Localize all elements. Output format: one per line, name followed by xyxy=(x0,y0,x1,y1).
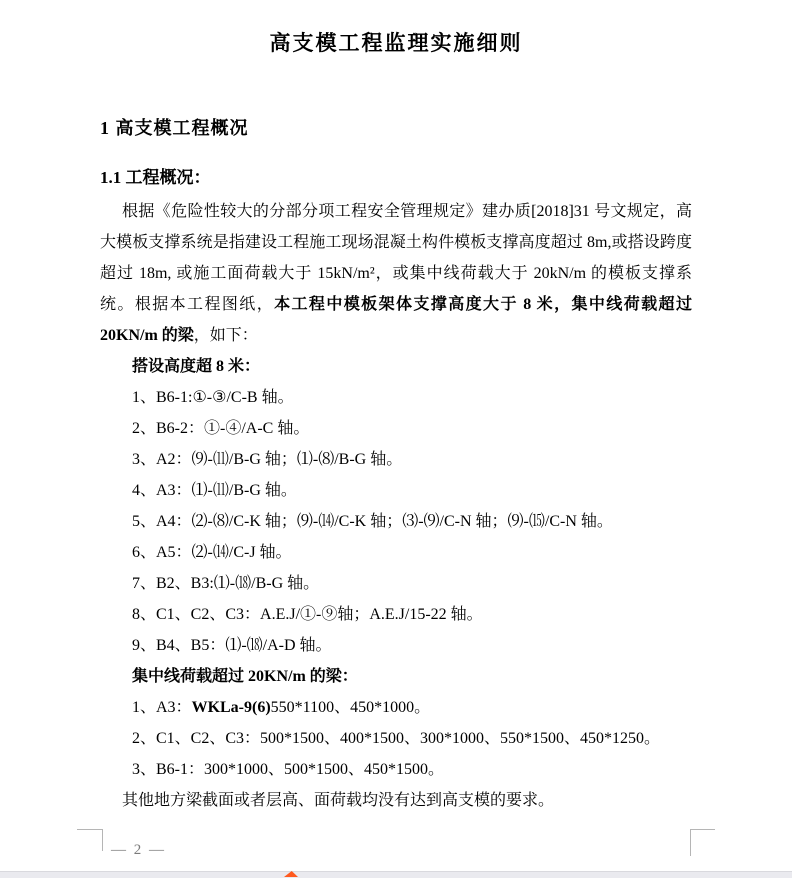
height-section: 搭设高度超 8 米： 1、B6-1:①-③/C-B 轴。 2、B6-2：①-④/… xyxy=(132,351,692,785)
document-title: 高支模工程监理实施细则 xyxy=(100,30,692,56)
window-bottom-edge xyxy=(0,871,792,878)
document-page: 高支模工程监理实施细则 1 高支模工程概况 1.1 工程概况： 根据《危险性较大… xyxy=(100,0,692,816)
list-item: 3、B6-1：300*1000、500*1500、450*1500。 xyxy=(132,754,692,785)
page-number: — 2 — xyxy=(111,842,166,859)
intro-text-end: ，如下： xyxy=(194,327,258,344)
list-item: 4、A3：⑴-⑾/B-G 轴。 xyxy=(132,475,692,506)
margin-crop-mark-left xyxy=(77,829,103,851)
list-item: 3、A2：⑼-⑾/B-G 轴；⑴-⑻/B-G 轴。 xyxy=(132,444,692,475)
section-heading: 1.1 工程概况： xyxy=(100,167,692,189)
list-item: 6、A5：⑵-⒁/C-J 轴。 xyxy=(132,537,692,568)
list-item: 5、A4：⑵-⑻/C-K 轴；⑼-⒁/C-K 轴；⑶-⑼/C-N 轴；⑼-⒂/C… xyxy=(132,506,692,537)
list-item: 2、B6-2：①-④/A-C 轴。 xyxy=(132,413,692,444)
list-item: 1、B6-1:①-③/C-B 轴。 xyxy=(132,382,692,413)
intro-paragraph: 根据《危险性较大的分部分项工程安全管理规定》建办质[2018]31 号文规定，高… xyxy=(100,196,692,351)
margin-crop-mark-right xyxy=(690,829,715,856)
list-item: 2、C1、C2、C3：500*1500、400*1500、300*1000、55… xyxy=(132,723,692,754)
closing-paragraph: 其他地方梁截面或者层高、面荷载均没有达到高支模的要求。 xyxy=(100,785,692,816)
chapter-heading: 1 高支模工程概况 xyxy=(100,116,692,140)
load-item1-bold: WKLa-9(6) xyxy=(192,699,271,716)
height-section-heading: 搭设高度超 8 米： xyxy=(132,351,692,382)
load-item1-post: 550*1100、450*1000。 xyxy=(271,699,430,716)
load-item1-pre: 1、A3： xyxy=(132,699,192,716)
list-item: 9、B4、B5：⑴-⒅/A-D 轴。 xyxy=(132,630,692,661)
list-item: 1、A3：WKLa-9(6)550*1100、450*1000。 xyxy=(132,692,692,723)
list-item: 7、B2、B3:⑴-⒅/B-G 轴。 xyxy=(132,568,692,599)
load-section-heading: 集中线荷载超过 20KN/m 的梁： xyxy=(132,661,692,692)
list-item: 8、C1、C2、C3：A.E.J/①-⑨轴；A.E.J/15-22 轴。 xyxy=(132,599,692,630)
